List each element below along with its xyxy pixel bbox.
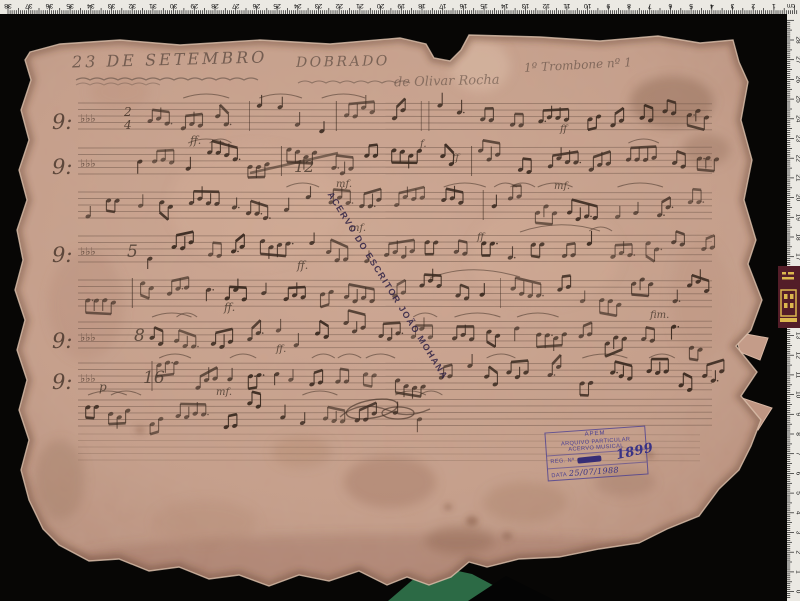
svg-text:9:: 9: bbox=[52, 110, 72, 134]
ruler-number: 17 bbox=[439, 2, 447, 9]
ruler-number: 18 bbox=[418, 2, 426, 9]
ruler-number: 25 bbox=[273, 2, 281, 9]
ruler-number: 21 bbox=[356, 2, 364, 9]
ruler-number: 38 bbox=[4, 2, 12, 9]
ruler-number: 14 bbox=[501, 2, 509, 9]
ruler-number: 9 bbox=[795, 412, 800, 416]
ruler-number: 10 bbox=[795, 391, 800, 399]
ruler-number: 33 bbox=[108, 2, 116, 9]
ruler-number: 35 bbox=[66, 2, 74, 9]
ruler-number: 34 bbox=[87, 2, 95, 9]
dynamic-marking: mf. bbox=[554, 181, 570, 192]
top-ruler: 3837363534333231302928272625242322212019… bbox=[0, 0, 800, 14]
ruler-number: 8 bbox=[795, 432, 800, 436]
ruler-number: 32 bbox=[128, 2, 136, 9]
dynamic-marking: ff. bbox=[275, 344, 286, 355]
ruler-number: 11 bbox=[795, 372, 800, 379]
dynamic-marking: p bbox=[99, 380, 107, 394]
ruler-number: 30 bbox=[170, 2, 178, 9]
ruler-number: 36 bbox=[45, 2, 53, 9]
svg-text:♭♭♭: ♭♭♭ bbox=[80, 112, 96, 125]
svg-text:♭♭♭: ♭♭♭ bbox=[80, 157, 96, 170]
ruler-number: 2 bbox=[751, 2, 755, 9]
ruler-number: 4 bbox=[710, 2, 714, 9]
registry-stamp: APEM ARQUIVO PARTICULAR ACERVO MUSICAL R… bbox=[544, 426, 648, 482]
ruler-number: 16 bbox=[459, 2, 467, 9]
ruler-number: 21 bbox=[795, 174, 800, 182]
ruler-number: 29 bbox=[190, 2, 198, 9]
ruler-number: 12 bbox=[795, 352, 800, 360]
ruler-number: 27 bbox=[232, 2, 240, 9]
svg-text:9:: 9: bbox=[52, 370, 72, 394]
dynamic-marking: ff. bbox=[223, 301, 235, 314]
svg-text:9:: 9: bbox=[52, 329, 72, 353]
svg-text:9:: 9: bbox=[52, 243, 72, 267]
ruler-number: 22 bbox=[335, 2, 343, 9]
composer-attribution: de Olivar Rocha bbox=[394, 73, 500, 91]
ruler-number: 23 bbox=[315, 2, 323, 9]
svg-text:9:: 9: bbox=[52, 155, 72, 179]
dynamic-marking: fim. bbox=[649, 310, 669, 321]
ruler-unit: cm bbox=[787, 2, 795, 8]
ruler-number: 5 bbox=[795, 491, 800, 495]
ruler-number: 7 bbox=[648, 2, 652, 9]
svg-text:2: 2 bbox=[123, 105, 132, 119]
ruler-number: 28 bbox=[211, 2, 219, 9]
ruler-number: 15 bbox=[480, 2, 488, 9]
ruler-number: 22 bbox=[795, 155, 800, 163]
ruler-number: 3 bbox=[730, 2, 734, 9]
reg-label: REG. Nº bbox=[550, 458, 574, 466]
dynamic-marking: 8 bbox=[134, 326, 145, 346]
ruler-number: 13 bbox=[522, 2, 530, 9]
dynamic-marking: ff. bbox=[189, 134, 201, 147]
ruler-number: 24 bbox=[294, 2, 302, 9]
date-label: DATA bbox=[551, 473, 567, 480]
ruler-number: 17 bbox=[795, 253, 800, 261]
ruler-number: 0 bbox=[795, 590, 800, 594]
svg-text:♭♭♭: ♭♭♭ bbox=[80, 331, 96, 344]
ruler-number: 1 bbox=[772, 2, 776, 9]
archive-logo-sticker bbox=[778, 266, 800, 328]
svg-text:♭♭♭: ♭♭♭ bbox=[80, 245, 96, 258]
dynamic-marking: f. bbox=[419, 139, 427, 150]
archival-photo-scene: 9:♭♭♭9:♭♭♭9:♭♭♭9:♭♭♭9:♭♭♭24 ff.f.ff12mf.… bbox=[0, 0, 800, 601]
ruler-number: 6 bbox=[795, 472, 800, 476]
ruler-number: 25 bbox=[795, 95, 800, 103]
ruler-number: 11 bbox=[563, 2, 570, 9]
ruler-number: 23 bbox=[795, 135, 800, 143]
ruler-number: 20 bbox=[795, 194, 800, 202]
ruler-number: 1 bbox=[795, 570, 800, 574]
dynamic-marking: 16 bbox=[143, 368, 165, 388]
genre-label: DOBRADO bbox=[296, 53, 390, 71]
dynamic-marking: mf. bbox=[336, 179, 352, 190]
ruler-number: 26 bbox=[795, 76, 800, 84]
obliterated-number-blot bbox=[577, 455, 601, 463]
ruler-number: 20 bbox=[377, 2, 385, 9]
dynamic-marking: 5 bbox=[127, 242, 138, 262]
ruler-number: 13 bbox=[795, 332, 800, 340]
ruler-number: 6 bbox=[668, 2, 672, 9]
ruler-number: 31 bbox=[149, 2, 157, 9]
ruler-number: 19 bbox=[397, 2, 405, 9]
ruler-number: 26 bbox=[252, 2, 260, 9]
ruler-number: 8 bbox=[627, 2, 631, 9]
ruler-number: 24 bbox=[795, 115, 800, 123]
dynamic-marking: ff. bbox=[296, 259, 308, 272]
ruler-number: 12 bbox=[542, 2, 550, 9]
svg-text:4: 4 bbox=[123, 118, 132, 132]
ruler-number: 28 bbox=[795, 36, 800, 44]
ruler-number: 37 bbox=[25, 2, 33, 9]
ruler-number: 5 bbox=[689, 2, 693, 9]
registry-date-handwritten: 25/07/1988 bbox=[569, 466, 620, 478]
ruler-number: 9 bbox=[606, 2, 610, 9]
ruler-number: 18 bbox=[795, 233, 800, 241]
ruler-number: 2 bbox=[795, 550, 800, 554]
ruler-number: 3 bbox=[795, 531, 800, 535]
svg-text:♭♭♭: ♭♭♭ bbox=[80, 372, 96, 385]
ruler-number: 4 bbox=[795, 511, 800, 515]
ruler-number: 27 bbox=[795, 56, 800, 64]
ruler-number: 19 bbox=[795, 214, 800, 222]
ruler-number: 10 bbox=[584, 2, 592, 9]
ruler-number: 7 bbox=[795, 452, 800, 456]
dynamic-marking: mf. bbox=[216, 387, 232, 398]
